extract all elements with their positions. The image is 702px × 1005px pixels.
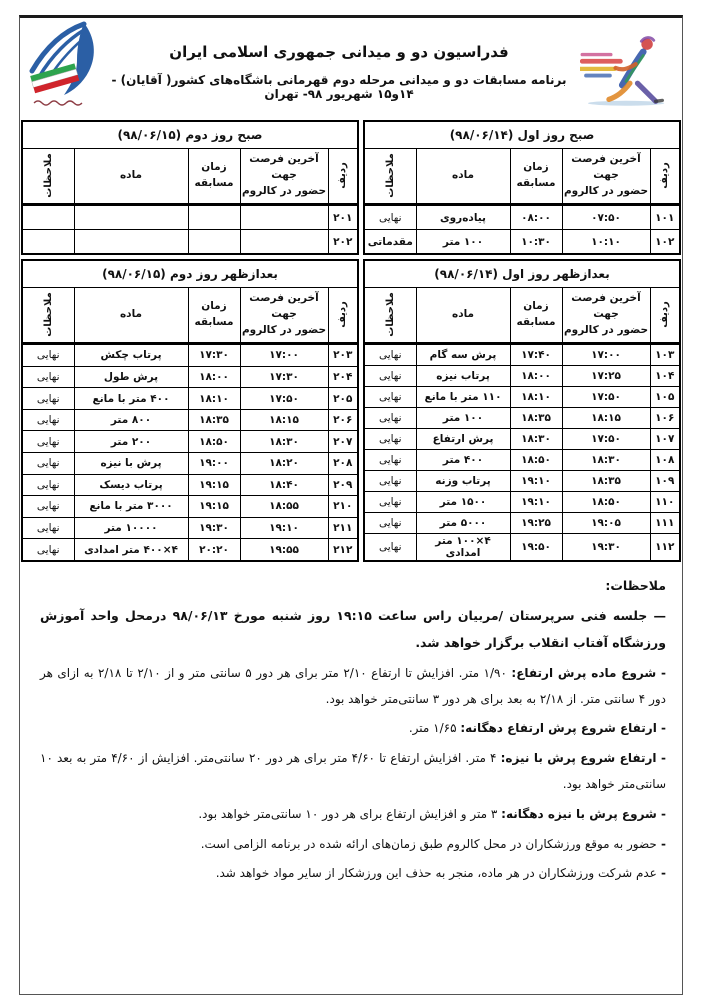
cell-status: نهایی (364, 534, 416, 562)
cell-status: نهایی (364, 387, 416, 408)
table-row: ۲۰۶۱۸:۱۵۱۸:۳۵۸۰۰ مترنهایی (22, 409, 358, 431)
cell-event: ۵۰۰۰ متر (416, 513, 510, 534)
cell-time (188, 230, 240, 255)
cell-no: ۱۰۶ (650, 408, 680, 429)
cell-call: ۱۷:۳۰ (240, 366, 328, 388)
cell-call: ۱۷:۵۰ (562, 429, 650, 450)
col-header-remarks: ملاحظات (364, 288, 416, 344)
schedule-tables: صبح روز اول (۹۸/۰۶/۱۴) ردیف آخرین فرصت ج… (20, 120, 682, 562)
schedule-table-afternoon-day1: بعدازظهر روز اول (۹۸/۰۶/۱۴) ردیف آخرین ف… (363, 259, 681, 562)
cell-no: ۱۱۲ (650, 534, 680, 562)
cell-call: ۱۹:۱۰ (240, 517, 328, 539)
cell-status: نهایی (364, 429, 416, 450)
cell-no: ۲۱۱ (328, 517, 358, 539)
cell-time: ۱۸:۳۵ (188, 409, 240, 431)
cell-call: ۱۸:۴۰ (240, 474, 328, 496)
cell-no: ۱۰۳ (650, 344, 680, 366)
notes-header: ملاحظات: (40, 578, 666, 593)
cell-no: ۲۰۵ (328, 388, 358, 410)
cell-call: ۱۸:۲۰ (240, 452, 328, 474)
cell-status (22, 205, 74, 230)
cell-no: ۱۰۲ (650, 230, 680, 255)
cell-time: ۱۹:۱۵ (188, 474, 240, 496)
table-row: ۱۰۲۱۰:۱۰۱۰:۳۰۱۰۰ مترمقدماتی (364, 230, 680, 255)
schedule-table-morning-day2: صبح روز دوم (۹۸/۰۶/۱۵) ردیف آخرین فرصت ج… (21, 120, 359, 255)
cell-call (240, 205, 328, 230)
cell-status: نهایی (22, 539, 74, 561)
note-item: - حضور به موقع ورزشکاران در محل کالروم ط… (40, 832, 666, 858)
col-header-race-time: زمان مسابقه (188, 288, 240, 344)
table-row: ۱۰۸۱۸:۳۰۱۸:۵۰۴۰۰ مترنهایی (364, 450, 680, 471)
cell-event: ۱۱۰ متر با مانع (416, 387, 510, 408)
col-header-event: ماده (74, 149, 188, 205)
cell-event: پیاده‌روی (416, 205, 510, 230)
cell-time (188, 205, 240, 230)
col-header-event: ماده (416, 288, 510, 344)
table-row: ۱۰۳۱۷:۰۰۱۷:۴۰پرش سه گامنهایی (364, 344, 680, 366)
cell-time: ۱۷:۴۰ (510, 344, 562, 366)
cell-no: ۱۱۰ (650, 492, 680, 513)
cell-event: ۳۰۰۰ متر با مانع (74, 496, 188, 518)
col-header-row-no: ردیف (328, 149, 358, 205)
cell-no: ۱۰۸ (650, 450, 680, 471)
table-row: ۲۱۲۱۹:۵۵۲۰:۲۰۴×۴۰۰ متر امدادینهایی (22, 539, 358, 561)
col-header-last-call: آخرین فرصت جهت حضور در کالروم (240, 149, 328, 205)
table-row: ۲۱۰۱۸:۵۵۱۹:۱۵۳۰۰۰ متر با مانعنهایی (22, 496, 358, 518)
cell-call: ۰۷:۵۰ (562, 205, 650, 230)
page-title: فدراسیون دو و میدانی جمهوری اسلامی ایران (98, 43, 580, 61)
cell-call: ۱۸:۱۵ (562, 408, 650, 429)
table-row: ۱۰۷۱۷:۵۰۱۸:۳۰پرش ارتفاعنهایی (364, 429, 680, 450)
cell-status: نهایی (364, 513, 416, 534)
cell-call: ۱۷:۰۰ (562, 344, 650, 366)
notes-list: — جلسه فنی سرپرستان /مربیان راس ساعت ۱۹:… (40, 603, 666, 887)
cell-call: ۱۹:۰۵ (562, 513, 650, 534)
cell-no: ۲۰۸ (328, 452, 358, 474)
cell-call: ۱۷:۵۰ (562, 387, 650, 408)
col-header-remarks: ملاحظات (22, 149, 74, 205)
runner-artwork-icon (580, 26, 676, 112)
cell-time: ۱۹:۰۰ (188, 452, 240, 474)
cell-no: ۲۰۶ (328, 409, 358, 431)
cell-event: پرش طول (74, 366, 188, 388)
cell-no: ۲۰۷ (328, 431, 358, 453)
cell-status: نهایی (22, 388, 74, 410)
cell-time: ۰۸:۰۰ (510, 205, 562, 230)
col-header-race-time: زمان مسابقه (510, 288, 562, 344)
cell-status: نهایی (22, 409, 74, 431)
cell-status: نهایی (22, 366, 74, 388)
note-item: - شروع ماده پرش ارتفاع: ۱/۹۰ متر. افزایش… (40, 661, 666, 713)
cell-time: ۱۹:۱۵ (188, 496, 240, 518)
cell-event: پرتاب نیزه (416, 366, 510, 387)
athletics-federation-logo-icon (26, 21, 98, 117)
cell-no: ۱۰۴ (650, 366, 680, 387)
cell-call: ۱۰:۱۰ (562, 230, 650, 255)
cell-event: ۴×۱۰۰ متر امدادی (416, 534, 510, 562)
cell-time: ۱۸:۵۰ (188, 431, 240, 453)
table-title: صبح روز اول (۹۸/۰۶/۱۴) (364, 121, 680, 149)
cell-call: ۱۷:۰۰ (240, 344, 328, 367)
cell-time: ۱۸:۱۰ (510, 387, 562, 408)
cell-no: ۱۰۹ (650, 471, 680, 492)
cell-event: ۴×۴۰۰ متر امدادی (74, 539, 188, 561)
col-header-race-time: زمان مسابقه (510, 149, 562, 205)
table-row: ۱۱۱۱۹:۰۵۱۹:۲۵۵۰۰۰ مترنهایی (364, 513, 680, 534)
cell-time: ۱۷:۳۰ (188, 344, 240, 367)
table-row: ۱۰۹۱۸:۳۵۱۹:۱۰پرتاب وزنهنهایی (364, 471, 680, 492)
table-row: ۲۰۹۱۸:۴۰۱۹:۱۵پرتاب دیسکنهایی (22, 474, 358, 496)
cell-status: نهایی (364, 450, 416, 471)
col-header-last-call: آخرین فرصت جهت حضور در کالروم (562, 288, 650, 344)
table-row: ۲۰۵۱۷:۵۰۱۸:۱۰۴۰۰ متر با مانعنهایی (22, 388, 358, 410)
cell-call: ۱۸:۵۰ (562, 492, 650, 513)
col-header-row-no: ردیف (650, 149, 680, 205)
cell-event: پرتاب دیسک (74, 474, 188, 496)
cell-event (74, 230, 188, 255)
note-item: - عدم شرکت ورزشکاران در هر ماده، منجر به… (40, 861, 666, 887)
cell-no: ۱۰۵ (650, 387, 680, 408)
note-item: — جلسه فنی سرپرستان /مربیان راس ساعت ۱۹:… (40, 603, 666, 657)
cell-event: ۱۰۰ متر (416, 230, 510, 255)
cell-time: ۱۸:۱۰ (188, 388, 240, 410)
cell-time: ۱۸:۰۰ (188, 366, 240, 388)
cell-no: ۲۰۹ (328, 474, 358, 496)
cell-status: نهایی (364, 205, 416, 230)
table-title: بعدازظهر روز دوم (۹۸/۰۶/۱۵) (22, 260, 358, 288)
cell-event: ۴۰۰ متر (416, 450, 510, 471)
table-title: بعدازظهر روز اول (۹۸/۰۶/۱۴) (364, 260, 680, 288)
header-titles: فدراسیون دو و میدانی جمهوری اسلامی ایران… (98, 37, 580, 101)
cell-event (74, 205, 188, 230)
col-header-row-no: ردیف (650, 288, 680, 344)
cell-no: ۲۰۱ (328, 205, 358, 230)
col-header-remarks: ملاحظات (22, 288, 74, 344)
cell-time: ۱۸:۳۰ (510, 429, 562, 450)
cell-call: ۱۸:۳۵ (562, 471, 650, 492)
cell-call: ۱۹:۵۵ (240, 539, 328, 561)
subtitle-text: برنامه مسابقات دو و میدانی مرحله دوم قهر… (162, 73, 567, 87)
table-row: ۱۰۵۱۷:۵۰۱۸:۱۰۱۱۰ متر با مانعنهایی (364, 387, 680, 408)
cell-time: ۱۸:۰۰ (510, 366, 562, 387)
table-row: ۲۱۱۱۹:۱۰۱۹:۳۰۱۰۰۰۰ مترنهایی (22, 517, 358, 539)
cell-status: مقدماتی (364, 230, 416, 255)
schedule-table-morning-day1: صبح روز اول (۹۸/۰۶/۱۴) ردیف آخرین فرصت ج… (363, 120, 681, 255)
table-row: ۲۰۳۱۷:۰۰۱۷:۳۰پرتاب چکشنهایی (22, 344, 358, 367)
cell-call: ۱۷:۲۵ (562, 366, 650, 387)
note-item: - ارتفاع شروع پرش با نیزه: ۴ متر. افزایش… (40, 746, 666, 798)
cell-status: نهایی (22, 474, 74, 496)
cell-event: ۲۰۰ متر (74, 431, 188, 453)
col-header-event: ماده (416, 149, 510, 205)
col-header-last-call: آخرین فرصت جهت حضور در کالروم (240, 288, 328, 344)
cell-time: ۱۰:۳۰ (510, 230, 562, 255)
notes-section: ملاحظات: — جلسه فنی سرپرستان /مربیان راس… (20, 566, 682, 887)
page-subtitle: برنامه مسابقات دو و میدانی مرحله دوم قهر… (98, 73, 580, 101)
cell-status: نهایی (22, 517, 74, 539)
cell-status (22, 230, 74, 255)
table-row: ۱۰۶۱۸:۱۵۱۸:۳۵۱۰۰ مترنهایی (364, 408, 680, 429)
cell-event: پرش ارتفاع (416, 429, 510, 450)
morning-tables-row: صبح روز اول (۹۸/۰۶/۱۴) ردیف آخرین فرصت ج… (21, 120, 681, 255)
table-row: ۱۰۱۰۷:۵۰۰۸:۰۰پیاده‌روینهایی (364, 205, 680, 230)
subtitle-bold-text: آقایان (126, 73, 162, 87)
cell-time: ۱۹:۵۰ (510, 534, 562, 562)
cell-no: ۲۰۳ (328, 344, 358, 367)
col-header-last-call: آخرین فرصت جهت حضور در کالروم (562, 149, 650, 205)
cell-event: ۸۰۰ متر (74, 409, 188, 431)
note-item: - شروع پرش با نیزه دهگانه: ۳ متر و افزای… (40, 802, 666, 828)
cell-time: ۱۹:۱۰ (510, 471, 562, 492)
document-page: فدراسیون دو و میدانی جمهوری اسلامی ایران… (19, 15, 683, 995)
table-row: ۲۰۲ (22, 230, 358, 255)
cell-no: ۲۰۴ (328, 366, 358, 388)
note-item: - ارتفاع شروع پرش ارتفاع دهگانه: ۱/۶۵ مت… (40, 716, 666, 742)
cell-no: ۱۰۷ (650, 429, 680, 450)
afternoon-tables-row: بعدازظهر روز اول (۹۸/۰۶/۱۴) ردیف آخرین ف… (21, 259, 681, 562)
cell-no: ۱۱۱ (650, 513, 680, 534)
table-row: ۲۰۷۱۸:۳۰۱۸:۵۰۲۰۰ مترنهایی (22, 431, 358, 453)
cell-no: ۲۰۲ (328, 230, 358, 255)
cell-status: نهایی (22, 344, 74, 367)
cell-status: نهایی (364, 492, 416, 513)
col-header-race-time: زمان مسابقه (188, 149, 240, 205)
cell-status: نهایی (364, 344, 416, 366)
cell-event: ۱۰۰ متر (416, 408, 510, 429)
cell-no: ۲۱۲ (328, 539, 358, 561)
table-row: ۲۰۸۱۸:۲۰۱۹:۰۰پرش با نیزهنهایی (22, 452, 358, 474)
cell-call: ۱۸:۳۰ (240, 431, 328, 453)
cell-status: نهایی (22, 431, 74, 453)
cell-event: پرتاب وزنه (416, 471, 510, 492)
table-row: ۱۰۴۱۷:۲۵۱۸:۰۰پرتاب نیزهنهایی (364, 366, 680, 387)
table-row: ۱۱۲۱۹:۳۰۱۹:۵۰۴×۱۰۰ متر امدادینهایی (364, 534, 680, 562)
cell-time: ۱۸:۳۵ (510, 408, 562, 429)
cell-time: ۲۰:۲۰ (188, 539, 240, 561)
col-header-remarks: ملاحظات (364, 149, 416, 205)
cell-time: ۱۸:۵۰ (510, 450, 562, 471)
cell-no: ۱۰۱ (650, 205, 680, 230)
cell-event: ۱۰۰۰۰ متر (74, 517, 188, 539)
col-header-event: ماده (74, 288, 188, 344)
cell-call (240, 230, 328, 255)
col-header-row-no: ردیف (328, 288, 358, 344)
cell-status: نهایی (22, 452, 74, 474)
cell-time: ۱۹:۳۰ (188, 517, 240, 539)
cell-status: نهایی (364, 408, 416, 429)
schedule-table-afternoon-day2: بعدازظهر روز دوم (۹۸/۰۶/۱۵) ردیف آخرین ف… (21, 259, 359, 562)
cell-status: نهایی (364, 471, 416, 492)
cell-event: پرش سه گام (416, 344, 510, 366)
cell-status: نهایی (364, 366, 416, 387)
cell-time: ۱۹:۲۵ (510, 513, 562, 534)
cell-call: ۱۸:۳۰ (562, 450, 650, 471)
cell-event: پرتاب چکش (74, 344, 188, 367)
cell-event: پرش با نیزه (74, 452, 188, 474)
cell-event: ۱۵۰۰ متر (416, 492, 510, 513)
cell-call: ۱۹:۳۰ (562, 534, 650, 562)
cell-time: ۱۹:۱۰ (510, 492, 562, 513)
cell-call: ۱۸:۱۵ (240, 409, 328, 431)
cell-event: ۴۰۰ متر با مانع (74, 388, 188, 410)
table-row: ۱۱۰۱۸:۵۰۱۹:۱۰۱۵۰۰ مترنهایی (364, 492, 680, 513)
cell-call: ۱۷:۵۰ (240, 388, 328, 410)
table-row: ۲۰۴۱۷:۳۰۱۸:۰۰پرش طولنهایی (22, 366, 358, 388)
table-row: ۲۰۱ (22, 205, 358, 230)
cell-call: ۱۸:۵۵ (240, 496, 328, 518)
cell-no: ۲۱۰ (328, 496, 358, 518)
table-title: صبح روز دوم (۹۸/۰۶/۱۵) (22, 121, 358, 149)
cell-status: نهایی (22, 496, 74, 518)
page-header: فدراسیون دو و میدانی جمهوری اسلامی ایران… (20, 18, 682, 120)
